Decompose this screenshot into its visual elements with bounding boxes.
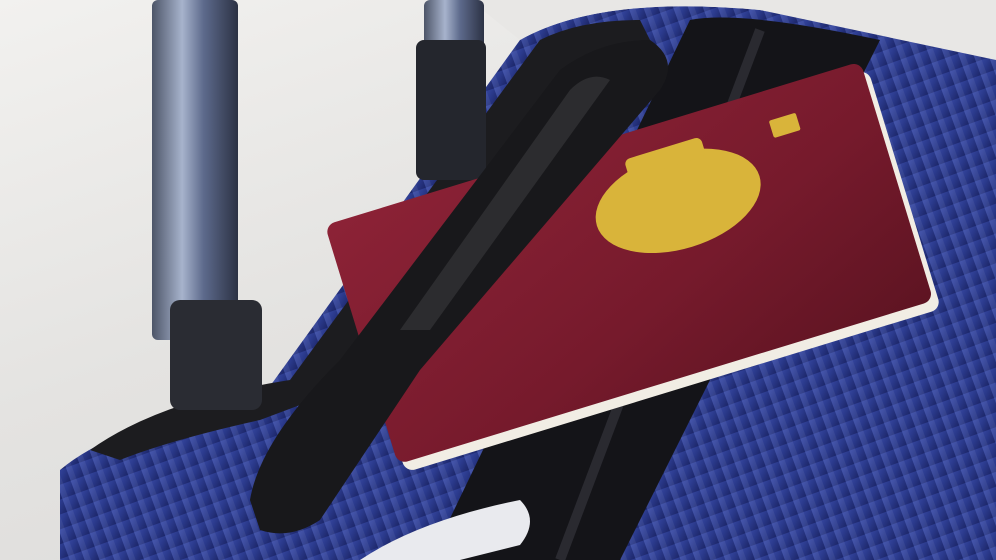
trolley-collar-left bbox=[170, 300, 262, 410]
photo-scene: PASPOORT KONINKRIJK DER NEDERLANDEN bbox=[0, 0, 996, 560]
suitcase-photo bbox=[0, 0, 996, 560]
trolley-collar-right bbox=[416, 40, 486, 180]
trolley-pole-left bbox=[152, 0, 238, 340]
